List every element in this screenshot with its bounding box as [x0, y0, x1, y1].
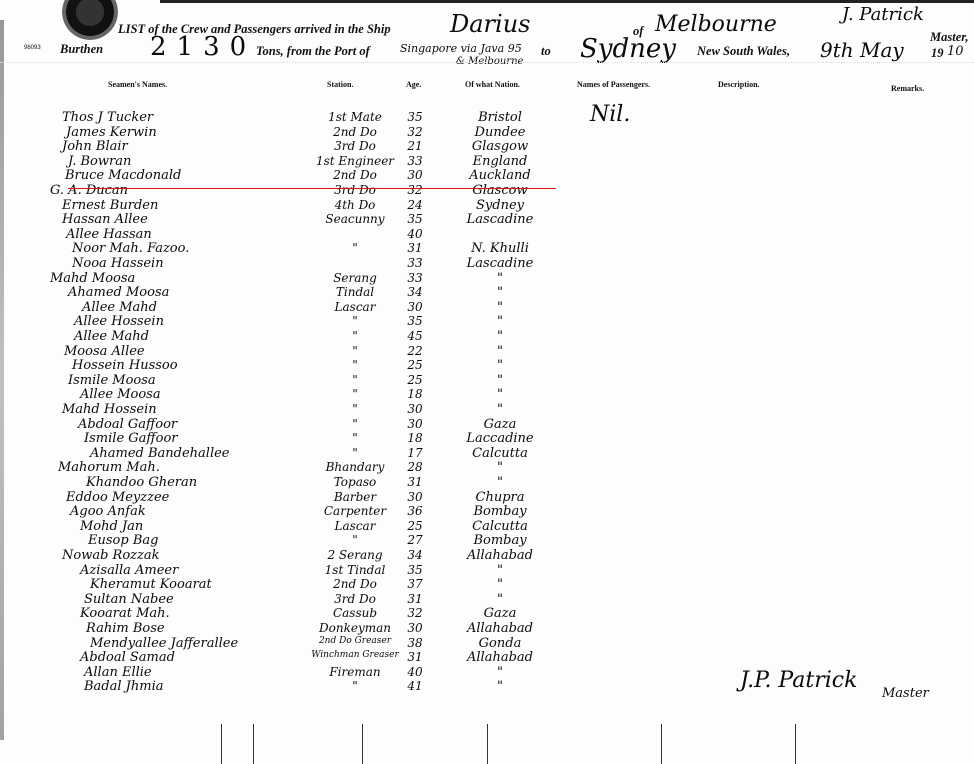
nation: Gonda — [440, 636, 560, 651]
age: 35 — [400, 212, 430, 226]
seaman-name: Kooarat Mah. — [80, 606, 170, 621]
station: " — [300, 402, 410, 416]
from-port: Singapore via Java 95 — [400, 42, 522, 55]
age: 37 — [400, 577, 430, 591]
seal-stamp-icon — [62, 0, 118, 40]
age: 35 — [400, 110, 430, 124]
ship-name: Darius — [450, 10, 530, 38]
nation: N. Khulli — [440, 241, 560, 256]
table-row: Thos J Tucker1st Mate35Bristol — [0, 110, 974, 124]
station: " — [300, 387, 410, 401]
age: 25 — [400, 358, 430, 372]
table-row: Ismile Gaffoor"18Laccadine — [0, 431, 974, 445]
nation: Allahabad — [440, 548, 560, 563]
column-rule — [795, 724, 796, 764]
station: " — [300, 344, 410, 358]
tons-label: Tons, from the Port of — [256, 44, 370, 59]
station: Seacunny — [300, 212, 410, 226]
station: 2 Serang — [300, 548, 410, 562]
seaman-name: Mohd Jan — [80, 519, 143, 534]
table-row: Noor Mah. Fazoo."31N. Khulli — [0, 241, 974, 255]
age: 28 — [400, 460, 430, 474]
age: 34 — [400, 548, 430, 562]
station: Topaso — [300, 475, 410, 489]
nation: Gaza — [440, 606, 560, 621]
age: 18 — [400, 387, 430, 401]
nation: " — [440, 460, 560, 475]
station: 2nd Do — [300, 168, 410, 182]
table-row: Kooarat Mah.Cassub32Gaza — [0, 606, 974, 620]
nation: Lascadine — [440, 212, 560, 227]
seaman-name: Mahd Moosa — [50, 271, 135, 286]
station: " — [300, 358, 410, 372]
table-row: J. Bowran1st Engineer33England — [0, 154, 974, 168]
table-row: Moosa Allee"22" — [0, 344, 974, 358]
table-row: Allee Hassan40 — [0, 227, 974, 241]
age: 30 — [400, 300, 430, 314]
seaman-name: Rahim Bose — [86, 621, 165, 636]
seaman-name: Abdoal Gaffoor — [78, 417, 177, 432]
station: Donkeyman — [300, 621, 410, 635]
age: 45 — [400, 329, 430, 343]
nation: Lascadine — [440, 256, 560, 271]
table-row: Allee Mahd"45" — [0, 329, 974, 343]
age: 30 — [400, 417, 430, 431]
age: 24 — [400, 198, 430, 212]
station: " — [300, 446, 410, 460]
col-remarks: Remarks. — [891, 84, 924, 93]
table-row: Allee Hossein"35" — [0, 314, 974, 328]
seaman-name: Allee Hassan — [66, 227, 152, 242]
state-label: New South Wales, — [697, 44, 790, 59]
age: 41 — [400, 679, 430, 693]
nation: " — [440, 285, 560, 300]
age: 32 — [400, 125, 430, 139]
nation: Gaza — [440, 417, 560, 432]
age: 18 — [400, 431, 430, 445]
seaman-name: Allan Ellie — [84, 665, 152, 680]
nation: " — [440, 475, 560, 490]
table-row: Mohd JanLascar25Calcutta — [0, 519, 974, 533]
table-row: John Blair3rd Do21Glasgow — [0, 139, 974, 153]
station: " — [300, 417, 410, 431]
age: 30 — [400, 168, 430, 182]
station: " — [300, 431, 410, 445]
seaman-name: Eusop Bag — [88, 533, 158, 548]
table-row: Mahd Hossein"30" — [0, 402, 974, 416]
table-row: Sultan Nabee3rd Do31" — [0, 592, 974, 606]
seaman-name: Agoo Anfak — [70, 504, 146, 519]
year-suffix: 10 — [947, 44, 964, 59]
nation: " — [440, 314, 560, 329]
master-signature-title: Master — [882, 686, 929, 701]
seaman-name: Ernest Burden — [62, 198, 158, 213]
table-row: Ernest Burden4th Do24Sydney — [0, 198, 974, 212]
table-row: Mendyallee Jafferallee2nd Do Greaser38Go… — [0, 636, 974, 650]
table-row: Hossein Hussoo"25" — [0, 358, 974, 372]
nation: Sydney — [440, 198, 560, 213]
age: 27 — [400, 533, 430, 547]
table-row: Kheramut Kooarat2nd Do37" — [0, 577, 974, 591]
station: 1st Tindal — [300, 563, 410, 577]
master-label: Master, — [930, 30, 969, 45]
seaman-name: Badal Jhmia — [84, 679, 164, 694]
seaman-name: Kheramut Kooarat — [90, 577, 212, 592]
seaman-name: Ahamed Bandehallee — [90, 446, 230, 461]
station: Serang — [300, 271, 410, 285]
nation: Glascow — [440, 183, 560, 198]
station: " — [300, 373, 410, 387]
seaman-name: Ismile Moosa — [68, 373, 156, 388]
nation: " — [440, 679, 560, 694]
table-row: Mahorum Mah.Bhandary28" — [0, 460, 974, 474]
nation: " — [440, 592, 560, 607]
nation: " — [440, 329, 560, 344]
age: 25 — [400, 373, 430, 387]
table-row: Eddoo MeyzzeeBarber30Chupra — [0, 490, 974, 504]
table-row: Mahd MoosaSerang33" — [0, 271, 974, 285]
station: 2nd Do Greaser — [300, 636, 410, 646]
age: 34 — [400, 285, 430, 299]
seaman-name: J. Bowran — [68, 154, 131, 169]
seaman-name: Mahd Hossein — [62, 402, 157, 417]
nation: Calcutta — [440, 446, 560, 461]
nation: Allahabad — [440, 650, 560, 665]
table-row: Ismile Moosa"25" — [0, 373, 974, 387]
age: 31 — [400, 241, 430, 255]
nation: Bombay — [440, 533, 560, 548]
station: Barber — [300, 490, 410, 504]
column-rule — [661, 724, 662, 764]
table-row: Abdoal SamadWinchman Greaser31Allahabad — [0, 650, 974, 664]
station: Lascar — [300, 300, 410, 314]
nation: Calcutta — [440, 519, 560, 534]
age: 31 — [400, 592, 430, 606]
seaman-name: Nooa Hassein — [72, 256, 164, 271]
age: 32 — [400, 183, 430, 197]
age: 25 — [400, 519, 430, 533]
seaman-name: Ahamed Moosa — [68, 285, 169, 300]
col-nation: Of what Nation. — [465, 80, 520, 89]
station: 2nd Do — [300, 125, 410, 139]
table-row: Allee Moosa"18" — [0, 387, 974, 401]
age: 30 — [400, 490, 430, 504]
seaman-name: Eddoo Meyzzee — [66, 490, 169, 505]
seaman-name: Allee Hossein — [74, 314, 164, 329]
station: 1st Mate — [300, 110, 410, 124]
table-row: Agoo AnfakCarpenter36Bombay — [0, 504, 974, 518]
burthen-label: Burthen — [60, 42, 103, 57]
nation: " — [440, 665, 560, 680]
station: 3rd Do — [300, 183, 410, 197]
seaman-name: Abdoal Samad — [80, 650, 175, 665]
age: 31 — [400, 650, 430, 664]
seaman-name: Mahorum Mah. — [58, 460, 160, 475]
nation: " — [440, 271, 560, 286]
seaman-name: Hassan Allee — [62, 212, 148, 227]
seaman-name: Noor Mah. Fazoo. — [72, 241, 189, 256]
seaman-name: Hossein Hussoo — [72, 358, 178, 373]
nation: " — [440, 387, 560, 402]
station: " — [300, 241, 410, 255]
seaman-name: Sultan Nabee — [84, 592, 174, 607]
column-rule — [362, 724, 363, 764]
age: 36 — [400, 504, 430, 518]
col-seamen-names: Seamen's Names. — [108, 80, 167, 89]
seaman-name: Nowab Rozzak — [62, 548, 159, 563]
age: 30 — [400, 402, 430, 416]
table-row: Azisalla Ameer1st Tindal35" — [0, 563, 974, 577]
age: 32 — [400, 606, 430, 620]
nation: England — [440, 154, 560, 169]
year-prefix: 19 — [931, 46, 944, 61]
age: 21 — [400, 139, 430, 153]
age: 22 — [400, 344, 430, 358]
station: Winchman Greaser — [300, 650, 410, 660]
col-description: Description. — [718, 80, 760, 89]
station: Carpenter — [300, 504, 410, 518]
nation: Allahabad — [440, 621, 560, 636]
nation: " — [440, 563, 560, 578]
nation: Glasgow — [440, 139, 560, 154]
nation: Auckland — [440, 168, 560, 183]
crew-list-document: 96093 LIST of the Crew and Passengers ar… — [0, 0, 974, 764]
station: Tindal — [300, 285, 410, 299]
station: 3rd Do — [300, 592, 410, 606]
to-label: to — [541, 44, 551, 59]
nation: Dundee — [440, 125, 560, 140]
column-rule — [487, 724, 488, 764]
table-row: G. A. Ducan3rd Do32Glascow — [0, 183, 974, 197]
station: " — [300, 329, 410, 343]
burthen-value: 2130 — [150, 32, 256, 62]
age: 35 — [400, 314, 430, 328]
nation: Bristol — [440, 110, 560, 125]
station: 3rd Do — [300, 139, 410, 153]
seaman-name: Moosa Allee — [64, 344, 145, 359]
station: " — [300, 314, 410, 328]
age: 38 — [400, 636, 430, 650]
seaman-name: Thos J Tucker — [62, 110, 153, 125]
date: 9th May — [820, 38, 904, 62]
seaman-name: Ismile Gaffoor — [84, 431, 178, 446]
col-age: Age. — [406, 80, 421, 89]
top-border — [160, 0, 974, 3]
column-rule — [221, 724, 222, 764]
table-row: Rahim BoseDonkeyman30Allahabad — [0, 621, 974, 635]
table-row: Hassan AlleeSeacunny35Lascadine — [0, 212, 974, 226]
seaman-name: Bruce Macdonald — [65, 168, 181, 183]
nation: " — [440, 300, 560, 315]
station: Cassub — [300, 606, 410, 620]
destination: Sydney — [580, 34, 676, 64]
table-row: Abdoal Gaffoor"30Gaza — [0, 417, 974, 431]
col-passengers: Names of Passengers. — [577, 80, 650, 89]
station: Bhandary — [300, 460, 410, 474]
nation: " — [440, 373, 560, 388]
age: 33 — [400, 256, 430, 270]
age: 17 — [400, 446, 430, 460]
seaman-name: G. A. Ducan — [50, 183, 128, 198]
seaman-name: Azisalla Ameer — [80, 563, 178, 578]
column-rule — [253, 724, 254, 764]
nation: " — [440, 358, 560, 373]
age: 40 — [400, 227, 430, 241]
nation: " — [440, 344, 560, 359]
col-station: Station. — [327, 80, 353, 89]
station: Lascar — [300, 519, 410, 533]
form-number: 96093 — [24, 45, 41, 51]
table-row: Allee MahdLascar30" — [0, 300, 974, 314]
age: 40 — [400, 665, 430, 679]
table-row: James Kerwin2nd Do32Dundee — [0, 125, 974, 139]
nation: Chupra — [440, 490, 560, 505]
age: 33 — [400, 154, 430, 168]
table-row: Nowab Rozzak2 Serang34Allahabad — [0, 548, 974, 562]
nation: Laccadine — [440, 431, 560, 446]
seaman-name: James Kerwin — [66, 125, 157, 140]
table-row: Bruce Macdonald2nd Do30Auckland — [0, 168, 974, 182]
station: " — [300, 679, 410, 693]
table-row: Nooa Hassein33Lascadine — [0, 256, 974, 270]
master-name: J. Patrick — [842, 4, 924, 25]
seaman-name: Khandoo Gheran — [86, 475, 197, 490]
table-row: Khandoo GheranTopaso31" — [0, 475, 974, 489]
station: 2nd Do — [300, 577, 410, 591]
nation: Bombay — [440, 504, 560, 519]
seaman-name: John Blair — [62, 139, 128, 154]
table-row: Ahamed MoosaTindal34" — [0, 285, 974, 299]
nation: " — [440, 577, 560, 592]
seaman-name: Allee Mahd — [82, 300, 157, 315]
age: 35 — [400, 563, 430, 577]
station: 1st Engineer — [300, 154, 410, 168]
header-divider — [0, 62, 974, 63]
table-row: Ahamed Bandehallee"17Calcutta — [0, 446, 974, 460]
station: " — [300, 533, 410, 547]
age: 31 — [400, 475, 430, 489]
age: 33 — [400, 271, 430, 285]
seaman-name: Mendyallee Jafferallee — [90, 636, 238, 651]
seaman-name: Allee Mahd — [74, 329, 149, 344]
table-row: Eusop Bag"27Bombay — [0, 533, 974, 547]
seaman-name: Allee Moosa — [80, 387, 161, 402]
master-signature: J.P. Patrick — [740, 668, 857, 693]
station: 4th Do — [300, 198, 410, 212]
red-underline — [68, 188, 556, 189]
nation: " — [440, 402, 560, 417]
station: Fireman — [300, 665, 410, 679]
age: 30 — [400, 621, 430, 635]
